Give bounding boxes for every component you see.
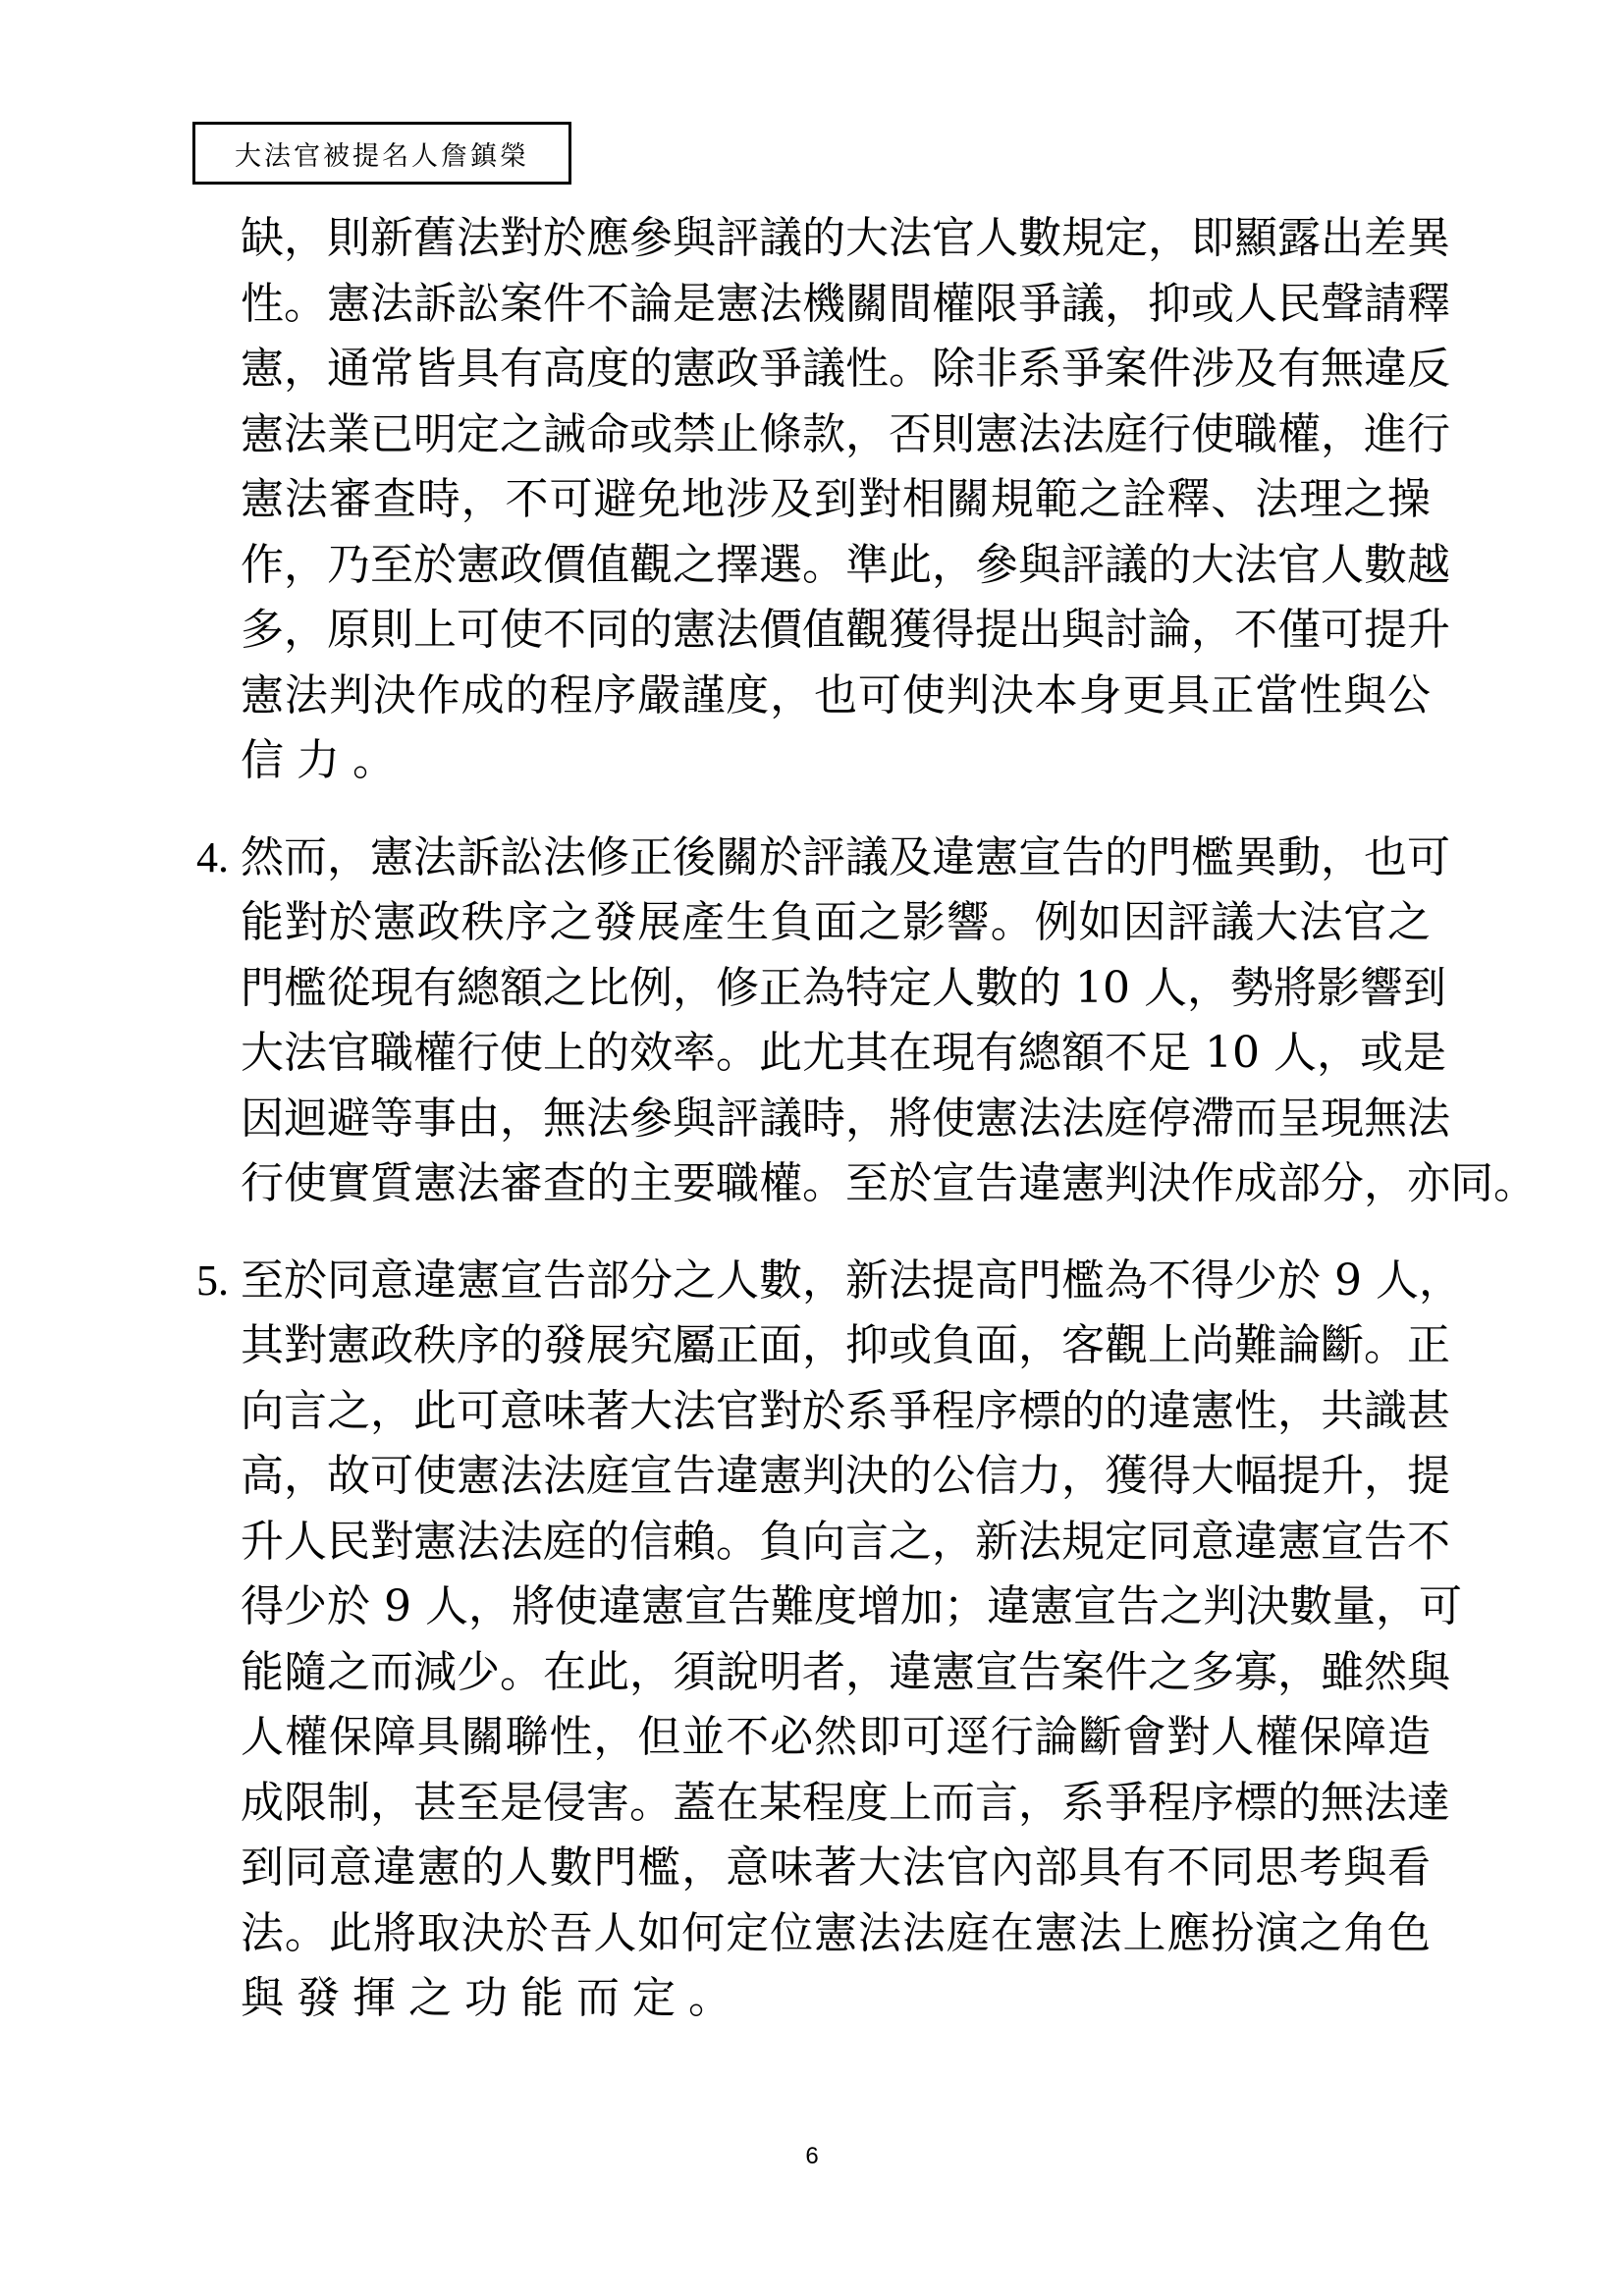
paragraph-lines: 至於同意違憲宣告部分之人數，新法提高門檻為不得少於 9 人， 其對憲政秩序的發展… [241, 1249, 1431, 2032]
text-line: 性。憲法訴訟案件不論是憲法機關間權限爭議，抑或人民聲請釋 [241, 272, 1431, 338]
text-line-content: 法。此將取決於吾人如何定位憲法法庭在憲法上應扮演之角色 [241, 1901, 1431, 1967]
text-line: 其對憲政秩序的發展究屬正面，抑或負面，客觀上尚難論斷。正 [241, 1313, 1431, 1379]
text-line: 與發揮之功能而定。 [241, 1966, 1431, 2032]
text-line: 大法官職權行使上的效率。此尤其在現有總額不足 10 人，或是 [241, 1021, 1431, 1087]
text-line: 到同意違憲的人數門檻，意味著大法官內部具有不同思考與看 [241, 1836, 1431, 1901]
text-line: 缺，則新舊法對於應參與評議的大法官人數規定，即顯露出差異 [241, 206, 1431, 272]
text-line-content: 其對憲政秩序的發展究屬正面，抑或負面，客觀上尚難論斷。正 [241, 1313, 1431, 1379]
list-item-number: 4. [196, 826, 229, 891]
text-line-content: 憲法判決作成的程序嚴謹度，也可使判決本身更具正當性與公 [241, 664, 1431, 729]
text-line-content: 憲法業已明定之誡命或禁止條款，否則憲法法庭行使職權，進行 [241, 402, 1431, 468]
text-line-content: 大法官職權行使上的效率。此尤其在現有總額不足 10 人，或是 [241, 1021, 1431, 1087]
text-line-content: 然而，憲法訴訟法修正後關於評議及違憲宣告的門檻異動，也可 [241, 826, 1431, 891]
text-line: 憲法業已明定之誡命或禁止條款，否則憲法法庭行使職權，進行 [241, 402, 1431, 468]
text-line-content: 因迴避等事由，無法參與評議時，將使憲法法庭停滯而呈現無法 [241, 1087, 1431, 1152]
paragraph-lines: 缺，則新舊法對於應參與評議的大法官人數規定，即顯露出差異 性。憲法訴訟案件不論是… [241, 206, 1431, 794]
text-line: 行使實質憲法審查的主要職權。至於宣告違憲判決作成部分，亦同。 [241, 1151, 1431, 1217]
text-line-content: 得少於 9 人，將使違憲宣告難度增加；違憲宣告之判決數量，可 [241, 1575, 1431, 1640]
text-line-content: 成限制，甚至是侵害。蓋在某程度上而言，系爭程序標的無法達 [241, 1771, 1431, 1837]
text-line-content: 行使實質憲法審查的主要職權。至於宣告違憲判決作成部分，亦同。 [241, 1151, 1431, 1217]
text-line-content: 憲法審查時，不可避免地涉及到對相關規範之詮釋、法理之操 [241, 467, 1431, 533]
text-line: 高，故可使憲法法庭宣告違憲判決的公信力，獲得大幅提升，提 [241, 1444, 1431, 1510]
text-line-content: 向言之，此可意味著大法官對於系爭程序標的的違憲性，共識甚 [241, 1379, 1431, 1445]
text-line: 成限制，甚至是侵害。蓋在某程度上而言，系爭程序標的無法達 [241, 1771, 1431, 1837]
list-item-4: 4. 然而，憲法訴訟法修正後關於評議及違憲宣告的門檻異動，也可 能對於憲政秩序之… [196, 826, 1434, 1217]
text-line: 門檻從現有總額之比例，修正為特定人數的 10 人，勢將影響到 [241, 956, 1431, 1022]
text-line-content: 缺，則新舊法對於應參與評議的大法官人數規定，即顯露出差異 [241, 206, 1431, 272]
text-line-content: 升人民對憲法法庭的信賴。負向言之，新法規定同意違憲宣告不 [241, 1510, 1431, 1575]
text-line-content: 到同意違憲的人數門檻，意味著大法官內部具有不同思考與看 [241, 1836, 1431, 1901]
text-line: 憲，通常皆具有高度的憲政爭議性。除非系爭案件涉及有無違反 [241, 337, 1431, 402]
nominee-header-label: 大法官被提名人詹鎮榮 [235, 134, 529, 173]
document-body: 缺，則新舊法對於應參與評議的大法官人數規定，即顯露出差異 性。憲法訴訟案件不論是… [196, 206, 1434, 2063]
text-line-content: 能對於憲政秩序之發展產生負面之影響。例如因評議大法官之 [241, 890, 1431, 956]
text-line: 至於同意違憲宣告部分之人數，新法提高門檻為不得少於 9 人， [241, 1249, 1431, 1314]
text-line: 多，原則上可使不同的憲法價值觀獲得提出與討論，不僅可提升 [241, 598, 1431, 664]
list-item-number: 5. [196, 1249, 229, 1314]
page-number: 6 [0, 2143, 1624, 2170]
text-line: 憲法審查時，不可避免地涉及到對相關規範之詮釋、法理之操 [241, 467, 1431, 533]
text-line: 信力。 [241, 728, 1431, 794]
text-line-content: 性。憲法訴訟案件不論是憲法機關間權限爭議，抑或人民聲請釋 [241, 272, 1431, 338]
text-line-content: 信力。 [241, 728, 1431, 794]
text-line-content: 憲，通常皆具有高度的憲政爭議性。除非系爭案件涉及有無違反 [241, 337, 1431, 402]
text-line-content: 門檻從現有總額之比例，修正為特定人數的 10 人，勢將影響到 [241, 956, 1431, 1022]
text-line-content: 至於同意違憲宣告部分之人數，新法提高門檻為不得少於 9 人， [241, 1249, 1431, 1314]
paragraph-continuation: 缺，則新舊法對於應參與評議的大法官人數規定，即顯露出差異 性。憲法訴訟案件不論是… [196, 206, 1434, 794]
nominee-header-box: 大法官被提名人詹鎮榮 [192, 122, 571, 185]
text-line: 作，乃至於憲政價值觀之擇選。準此，參與評議的大法官人數越 [241, 533, 1431, 599]
text-line-content: 多，原則上可使不同的憲法價值觀獲得提出與討論，不僅可提升 [241, 598, 1431, 664]
text-line: 法。此將取決於吾人如何定位憲法法庭在憲法上應扮演之角色 [241, 1901, 1431, 1967]
text-line: 然而，憲法訴訟法修正後關於評議及違憲宣告的門檻異動，也可 [241, 826, 1431, 891]
text-line: 能隨之而減少。在此，須說明者，違憲宣告案件之多寡，雖然與 [241, 1640, 1431, 1706]
text-line: 升人民對憲法法庭的信賴。負向言之，新法規定同意違憲宣告不 [241, 1510, 1431, 1575]
text-line-content: 能隨之而減少。在此，須說明者，違憲宣告案件之多寡，雖然與 [241, 1640, 1431, 1706]
text-line: 得少於 9 人，將使違憲宣告難度增加；違憲宣告之判決數量，可 [241, 1575, 1431, 1640]
text-line: 向言之，此可意味著大法官對於系爭程序標的的違憲性，共識甚 [241, 1379, 1431, 1445]
text-line: 因迴避等事由，無法參與評議時，將使憲法法庭停滯而呈現無法 [241, 1087, 1431, 1152]
paragraph-lines: 然而，憲法訴訟法修正後關於評議及違憲宣告的門檻異動，也可 能對於憲政秩序之發展產… [241, 826, 1431, 1217]
text-line-content: 作，乃至於憲政價值觀之擇選。準此，參與評議的大法官人數越 [241, 533, 1431, 599]
text-line: 人權保障具關聯性，但並不必然即可逕行論斷會對人權保障造 [241, 1705, 1431, 1771]
text-line: 憲法判決作成的程序嚴謹度，也可使判決本身更具正當性與公 [241, 664, 1431, 729]
text-line-content: 與發揮之功能而定。 [241, 1966, 1431, 2032]
text-line: 能對於憲政秩序之發展產生負面之影響。例如因評議大法官之 [241, 890, 1431, 956]
text-line-content: 高，故可使憲法法庭宣告違憲判決的公信力，獲得大幅提升，提 [241, 1444, 1431, 1510]
text-line-content: 人權保障具關聯性，但並不必然即可逕行論斷會對人權保障造 [241, 1705, 1431, 1771]
list-item-5: 5. 至於同意違憲宣告部分之人數，新法提高門檻為不得少於 9 人， 其對憲政秩序… [196, 1249, 1434, 2032]
